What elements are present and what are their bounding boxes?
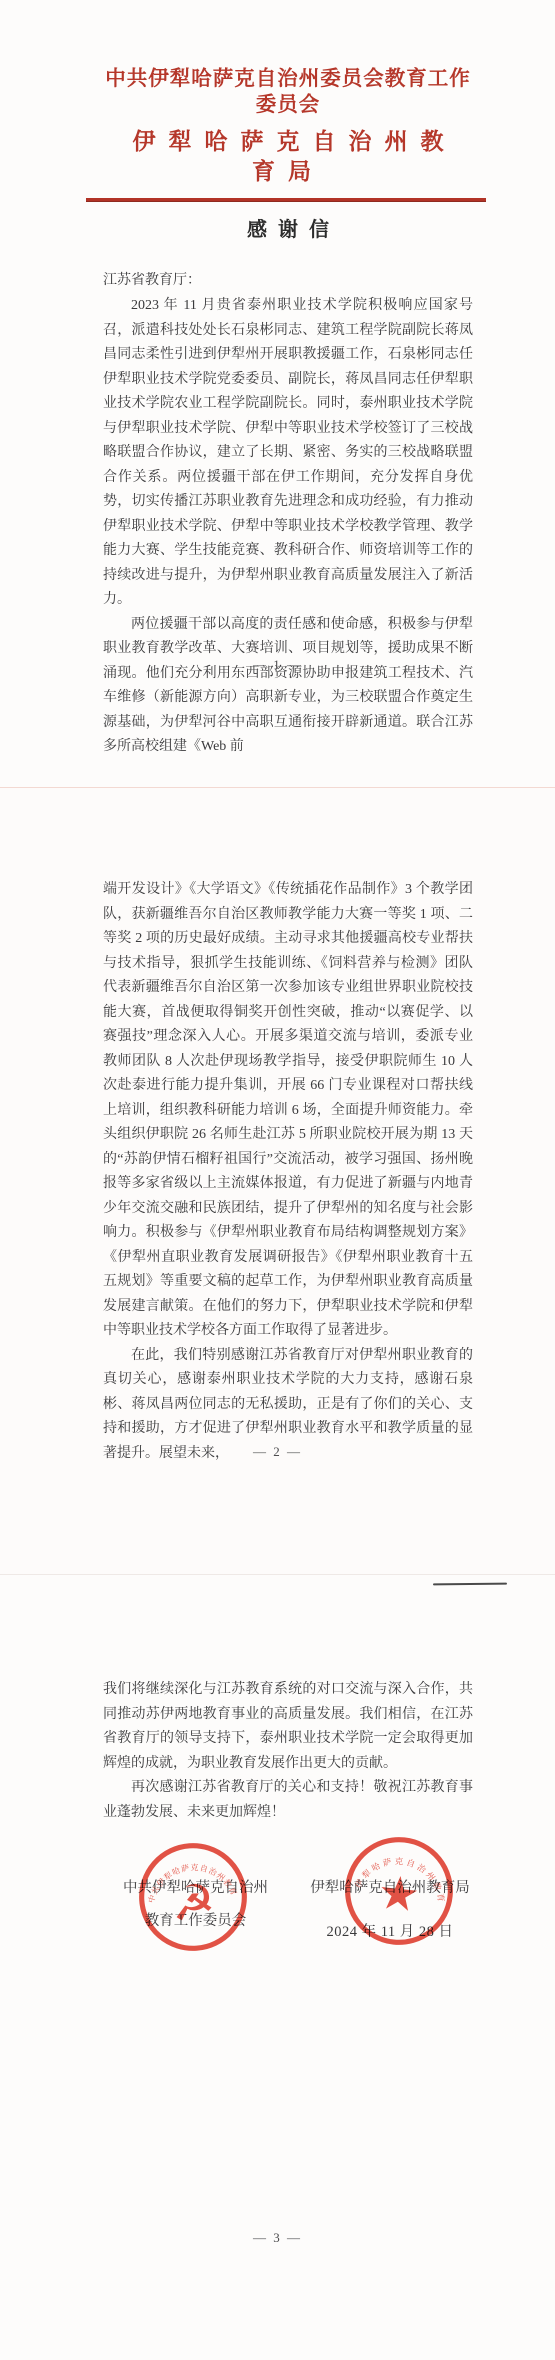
- letter-page-3: 我们将继续深化与江苏教育系统的对口交流与深入合作，共同推动苏伊两地教育事业的高质…: [0, 1574, 555, 2360]
- scan-artifact-line: [433, 1583, 507, 1586]
- body-paragraph-continued: 端开发设计》《大学语文》《传统插花作品制作》3 个教学团队，获新疆维吾尔自治区教…: [103, 878, 473, 1344]
- body-paragraph: 两位援疆干部以高度的责任感和使命感，积极参与伊犁职业教育教学改革、大赛培训、项目…: [103, 613, 473, 760]
- letterhead-rule: [86, 198, 486, 202]
- page-number-2: — 2 —: [0, 1444, 555, 1460]
- issuing-org-line2: 伊犁哈萨克自治州教育局: [103, 127, 473, 187]
- letter-page-1: 中共伊犁哈萨克自治州委员会教育工作委员会 伊犁哈萨克自治州教育局 感谢信 江苏省…: [0, 0, 555, 787]
- letterhead: 中共伊犁哈萨克自治州委员会教育工作委员会 伊犁哈萨克自治州教育局: [103, 0, 473, 202]
- closing-paragraph: 再次感谢江苏省教育厅的关心和支持！敬祝江苏教育事业蓬勃发展、未来更加辉煌！: [103, 1776, 473, 1825]
- star-icon: ★: [375, 1866, 422, 1924]
- letter-title: 感谢信: [103, 215, 473, 245]
- page-number-1: — 1 —: [0, 657, 555, 673]
- issuing-org-line1: 中共伊犁哈萨克自治州委员会教育工作委员会: [103, 66, 473, 118]
- page-number-3: — 3 —: [0, 2230, 555, 2246]
- hammer-sickle-icon: ☭: [170, 1874, 217, 1933]
- salutation: 江苏省教育厅：: [103, 269, 473, 293]
- scanned-thank-you-letter: 中共伊犁哈萨克自治州委员会教育工作委员会 伊犁哈萨克自治州教育局 感谢信 江苏省…: [0, 0, 555, 2360]
- body-paragraph-continued: 我们将继续深化与江苏教育系统的对口交流与深入合作，共同推动苏伊两地教育事业的高质…: [103, 1678, 473, 1776]
- education-bureau-seal-icon: 伊犁哈萨克自治州教育局 ★: [337, 1829, 460, 1952]
- letter-page-2: 端开发设计》《大学语文》《传统插花作品制作》3 个教学团队，获新疆维吾尔自治区教…: [0, 787, 555, 1574]
- body-paragraph: 2023 年 11 月贵省泰州职业技术学院积极响应国家号召，派遣科技处处长石泉彬…: [103, 294, 473, 613]
- party-committee-seal-icon: 中共伊犁哈萨克自治州教育工作委员会 ☭: [133, 1837, 253, 1957]
